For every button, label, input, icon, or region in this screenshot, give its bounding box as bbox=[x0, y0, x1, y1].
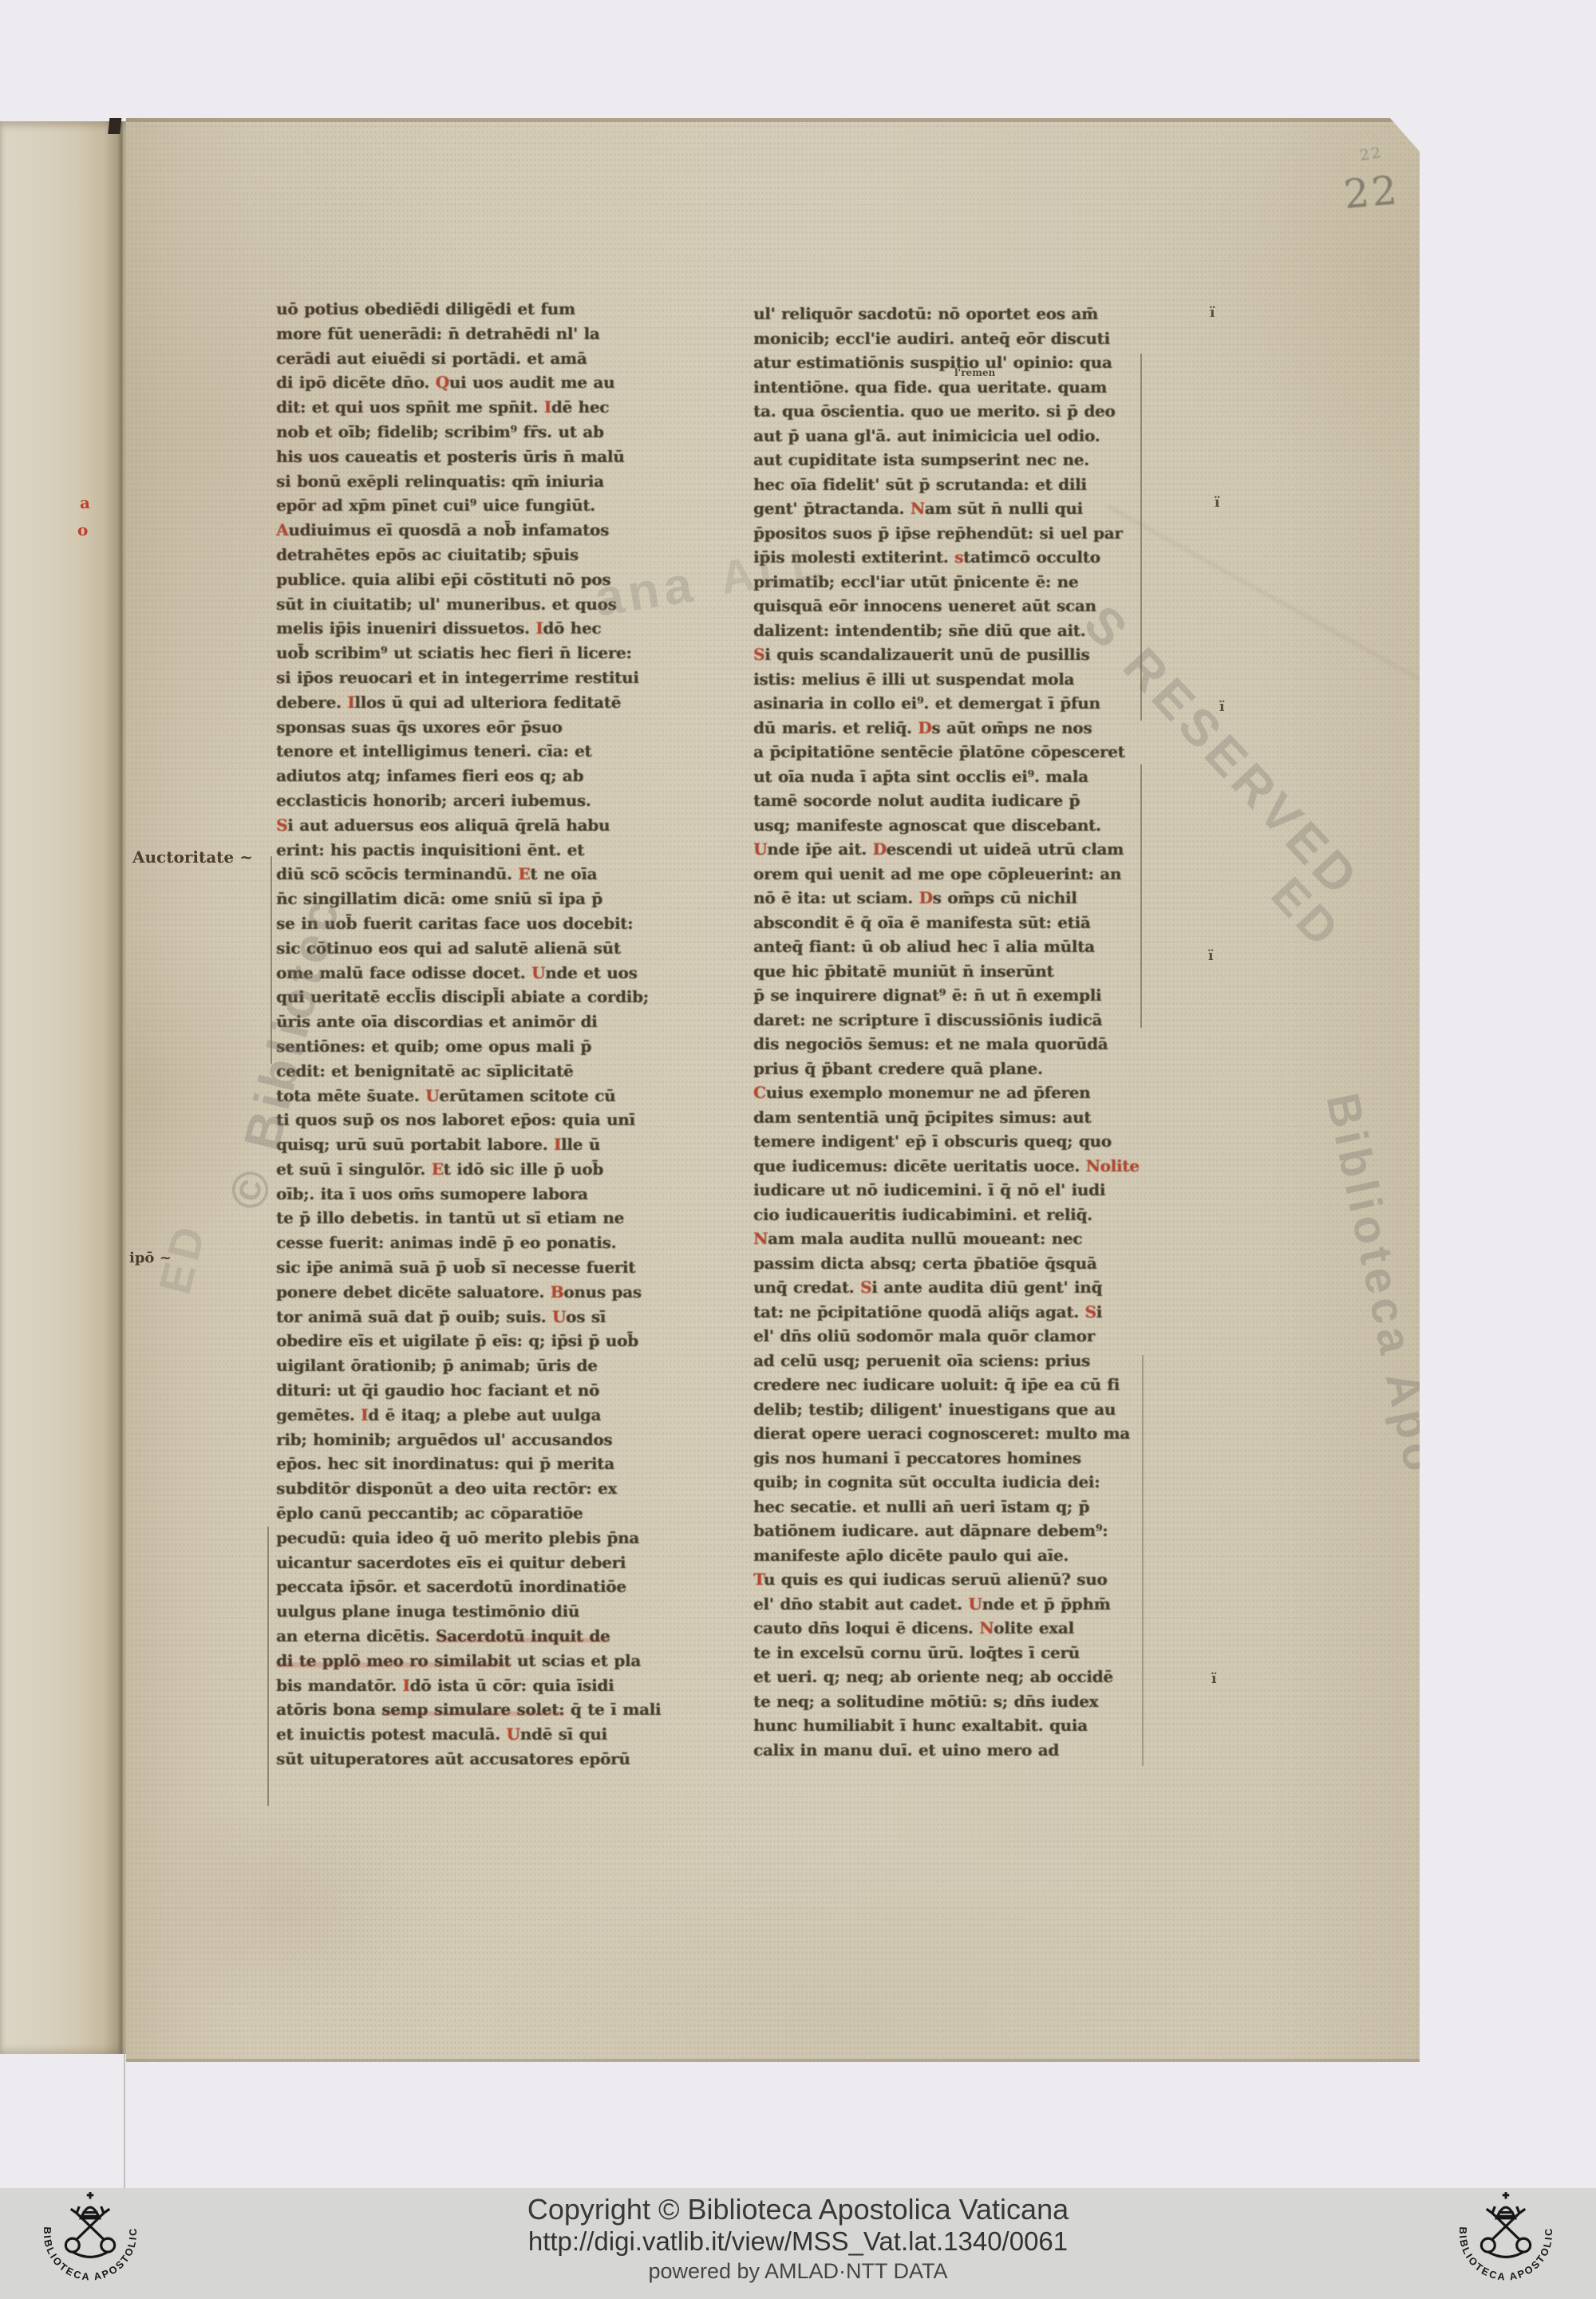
manuscript-line: sentiōnes: et quib; ome opus mali p̄ bbox=[276, 1034, 651, 1059]
manuscript-line: istis: melius ē illi ut suspendat mola bbox=[753, 667, 1156, 692]
manuscript-line: tenore et intelligimus teneri. cīa: et bbox=[276, 739, 651, 764]
manuscript-line: uicantur sacerdotes eīs ei quitur deberi bbox=[276, 1550, 651, 1575]
footer-copyright: Copyright © Biblioteca Apostolica Vatica… bbox=[0, 2193, 1596, 2226]
manuscript-line: batiōnem iudicare. aut dāpnare debem⁹: bbox=[753, 1519, 1156, 1543]
manuscript-line: nob et oīb; fidelib; scribim⁹ fr̄s. ut a… bbox=[276, 420, 651, 444]
manuscript-line: Si aut aduersus eos aliquā q̄relā habu bbox=[276, 813, 651, 838]
manuscript-line: prius q̄ p̄bant credere quā plane. bbox=[753, 1057, 1156, 1081]
manuscript-line: te in excelsū cornu ūrū. loq̄tes ī cerū bbox=[753, 1641, 1156, 1665]
manuscript-line: ome malū face odisse docet. Unde et uos bbox=[276, 961, 651, 986]
manuscript-line: subditōr disponūt a deo uita rectōr: ex bbox=[276, 1476, 651, 1501]
svg-text:BIBLIOTECA APOSTOLICA VATICANA: BIBLIOTECA APOSTOLICA VATICANA bbox=[30, 2191, 139, 2283]
manuscript-line: atōris bona semp simulare solet: q̄ te ī… bbox=[276, 1697, 651, 1722]
manuscript-line: detrahētes epōs ac ciuitatib; sp̄uis bbox=[276, 543, 651, 567]
vatican-emblem-left-text: BIBLIOTECA APOSTOLICA VATICANA bbox=[30, 2191, 139, 2283]
manuscript-line: sūt in ciuitatib; ul' muneribus. et quos bbox=[276, 592, 651, 617]
manuscript-line: hunc humiliabit ī hunc exaltabit. quia bbox=[753, 1713, 1156, 1738]
manuscript-line: diū scō scōcis terminandū. Et ne oīa bbox=[276, 862, 651, 887]
manuscript-line: iudicare ut nō iudicemini. ī q̄ nō el' i… bbox=[753, 1178, 1156, 1203]
manuscript-line: dit: et qui uos spn̄it me spn̄it. Idē he… bbox=[276, 395, 651, 420]
vatican-emblem-right-text: BIBLIOTECA APOSTOLICA VATICANA bbox=[1446, 2191, 1555, 2283]
vatican-emblem-right: BIBLIOTECA APOSTOLICA VATICANA bbox=[1446, 2191, 1566, 2297]
manuscript-line: et suū ī singulōr. Et idō sic ille p̄ uo… bbox=[276, 1157, 651, 1182]
manuscript-line: more fūt uenerādi: n̄ detrahēdi nl' la bbox=[276, 322, 651, 346]
manuscript-line: Audiuimus eī quosdā a nob̄ infamatos bbox=[276, 518, 651, 543]
manuscript-line: bis mandatōr. Idō ista ū cōr: quia īsidi bbox=[276, 1673, 651, 1698]
footer-bar: Copyright © Biblioteca Apostolica Vatica… bbox=[0, 2188, 1596, 2299]
manuscript-line: debere. Illos ū qui ad ulteriora feditat… bbox=[276, 690, 651, 715]
manuscript-line: quisq; urū suū portabit labore. Ille ū bbox=[276, 1132, 651, 1157]
edge-rubric-mark: o bbox=[77, 520, 88, 539]
manuscript-line: sic cōtinuo eos qui ad salutē alienā sūt bbox=[276, 936, 651, 961]
manuscript-line: que hic p̄bitatē muniūt n̄ inserūnt bbox=[753, 959, 1156, 984]
manuscript-line: si bonū exēpli relinquatis: qm̄ iniuria bbox=[276, 469, 651, 494]
manuscript-line: el' dn̄s oliū sodomōr mala quōr clamor bbox=[753, 1324, 1156, 1349]
manuscript-line: orem qui uenit ad me ope cōpleuerint: an bbox=[753, 862, 1156, 887]
manuscript-line: tamē socorde nolut audita iudicare p̄ bbox=[753, 788, 1156, 813]
margin-tick: ï bbox=[1210, 305, 1215, 321]
manuscript-line: primatib; eccl'iar utūt p̄nicente ē: ne bbox=[753, 570, 1156, 595]
manuscript-line: dalizent: intendentib; sn̄e diū que ait. bbox=[753, 618, 1156, 643]
manuscript-line: dis negociōs s̄emus: et ne mala quorūdā bbox=[753, 1032, 1156, 1057]
margin-tick: ï bbox=[1211, 1671, 1216, 1687]
manuscript-line: uulgus plane inuga testimōnio diū bbox=[276, 1599, 651, 1624]
manuscript-line: di te pplō meo ro similabit ut scias et … bbox=[276, 1649, 651, 1673]
column-ruling bbox=[267, 1527, 269, 1806]
manuscript-line: passim dicta absq; certa p̄batiōe q̄squā bbox=[753, 1251, 1156, 1276]
manuscript-line: dam sententiā unq̄ p̄cipites simus: aut bbox=[753, 1105, 1156, 1130]
manuscript-line: erint: his pactis inquisitioni ēnt. et bbox=[276, 838, 651, 863]
manuscript-line: que iudicemus: dicēte ueritatis uoce. No… bbox=[753, 1154, 1156, 1179]
manuscript-line: el' dn̄o stabit aut cadet. Unde et p̄ p̄… bbox=[753, 1592, 1156, 1617]
manuscript-line: peccata ip̄sōr. et sacerdotū inordinatiō… bbox=[276, 1574, 651, 1599]
manuscript-line: aut cupiditate ista sumpserint nec ne. bbox=[753, 448, 1156, 472]
manuscript-line: Tu quis es qui iudicas seruū alienū? suo bbox=[753, 1567, 1156, 1592]
manuscript-line: unq̄ credat. Si ante audita diū gent' in… bbox=[753, 1275, 1156, 1300]
manuscript-line: intentiōne. qua fide. qua ueritate. quam bbox=[753, 375, 1156, 400]
manuscript-line: p̄positos suos p̄ ip̄se rep̄hendūt: si u… bbox=[753, 521, 1156, 546]
manuscript-line: ponere debet dicēte saluatore. Bonus pas bbox=[276, 1280, 651, 1305]
manuscript-line: aut p̄ uana gl'ā. aut inimicicia uel odi… bbox=[753, 424, 1156, 448]
manuscript-line: te neq; a solitudine mōtiū: s; dn̄s iude… bbox=[753, 1689, 1156, 1714]
manuscript-line: ep̄os. hec sit inordinatus: qui p̄ merit… bbox=[276, 1452, 651, 1476]
manuscript-line: uō potius obediēdi diligēdi et fum bbox=[276, 297, 651, 322]
manuscript-line: asinaria in collo ei⁹. et demergat ī p̄f… bbox=[753, 691, 1156, 716]
manuscript-line: oīb;. ita ī uos om̄s sumopere labora bbox=[276, 1182, 651, 1207]
manuscript-line: calix in manu duī. et uino mero ad bbox=[753, 1738, 1156, 1763]
manuscript-line: his uos caueatis et posteris ūris n̄ mal… bbox=[276, 444, 651, 469]
manuscript-line: manifeste ap̄lo dicēte paulo qui aīe. bbox=[753, 1543, 1156, 1568]
manuscript-line: dū maris. et reliq̄. Ds aūt om̄ps ne nos bbox=[753, 716, 1156, 741]
manuscript-line: an eterna dicētis. Sacerdotū inquit de bbox=[276, 1624, 651, 1649]
manuscript-line: quisquā eōr innocens ueneret aūt scan bbox=[753, 594, 1156, 618]
manuscript-line: ti quos sup̄ os nos laboret ep̄os: quia … bbox=[276, 1108, 651, 1132]
manuscript-line: si ip̄os reuocari et in integerrime rest… bbox=[276, 666, 651, 690]
manuscript-line: ēplo canū peccantib; ac cōparatiōe bbox=[276, 1501, 651, 1526]
folio-number-large: 22 bbox=[1342, 167, 1401, 218]
manuscript-line: gemētes. Id ē itaq; a plebe aut uulga bbox=[276, 1403, 651, 1428]
column-ruling bbox=[271, 856, 272, 1064]
book-fore-edge-strip bbox=[0, 121, 126, 2054]
manuscript-line: cio iudicaueritis iudicabimini. et reliq… bbox=[753, 1203, 1156, 1227]
manuscript-line: Cuius exemplo monemur ne ad p̄feren bbox=[753, 1080, 1156, 1105]
manuscript-line: ip̄is molesti extiterint. statimcō occul… bbox=[753, 545, 1156, 570]
manuscript-line: daret: ne scripture ī discussiōnis iudic… bbox=[753, 1008, 1156, 1033]
manuscript-line: adiutos atq; infames fieri eos q; ab bbox=[276, 764, 651, 788]
manuscript-line: et inuictis potest maculā. Undē sī qui bbox=[276, 1722, 651, 1747]
manuscript-line: ut oīa nuda ī ap̄ta sint occlis ei⁹. mal… bbox=[753, 764, 1156, 789]
manuscript-line: rib; hominib; arguēdos ul' accusandos bbox=[276, 1428, 651, 1452]
manuscript-line: delib; testib; diligent' inuestigans que… bbox=[753, 1397, 1156, 1422]
manuscript-line: Unde ip̄e ait. Descendi ut uideā utrū cl… bbox=[753, 837, 1156, 862]
manuscript-line: Si quis scandalizauerit unū de pusillis bbox=[753, 642, 1156, 667]
manuscript-line: quib; in cognita sūt occulta iudicia dei… bbox=[753, 1470, 1156, 1495]
edge-rubric-mark: a bbox=[80, 493, 90, 512]
manuscript-line: et ueri. q; neq; ab oriente neq; ab occi… bbox=[753, 1665, 1156, 1689]
margin-note-ipso: ipō ~ bbox=[129, 1250, 172, 1266]
manuscript-line: cauto dn̄s loqui ē dicens. Nolite exal bbox=[753, 1616, 1156, 1641]
margin-tick: ï bbox=[1208, 948, 1213, 964]
manuscript-line: dituri: ut q̄i gaudio hoc faciant et nō bbox=[276, 1378, 651, 1403]
manuscript-line: nō ē ita: ut sciam. Ds om̄ps cū nichil bbox=[753, 886, 1156, 911]
margin-tick: ï bbox=[1219, 699, 1224, 715]
footer-powered-by: powered by AMLAD·NTT DATA bbox=[0, 2259, 1596, 2284]
manuscript-line: tota mēte s̄uate. Uerūtamen scitote cū bbox=[276, 1084, 651, 1108]
manuscript-line: publice. quia alibi ep̄i cōstituti nō po… bbox=[276, 567, 651, 592]
manuscript-line: te p̄ illo debetis. in tantū ut sī etiam… bbox=[276, 1206, 651, 1230]
manuscript-line: cesse fuerit: animas indē p̄ eo ponatis. bbox=[276, 1230, 651, 1255]
manuscript-line: monicib; eccl'ie audiri. anteq̄ eōr disc… bbox=[753, 326, 1156, 351]
manuscript-line: pecudū: quia ideo q̄ uō merito plebis p̄… bbox=[276, 1526, 651, 1550]
manuscript-line: ecclasticis honorib; arceri iubemus. bbox=[276, 788, 651, 813]
manuscript-line: ūris ante oīa discordias et animōr di bbox=[276, 1009, 651, 1034]
manuscript-line: credere nec iudicare uoluit: q̄ ip̄e ea … bbox=[753, 1373, 1156, 1397]
manuscript-line: ad celū usq; peruenit oīa sciens: prius bbox=[753, 1349, 1156, 1373]
manuscript-line: anteq̄ fiant: ū ob aliud hec ī alia mūlt… bbox=[753, 934, 1156, 959]
manuscript-line: sponsas suas q̄s uxores eōr p̄suo bbox=[276, 715, 651, 740]
manuscript-line: abscondit ē q̄ oīa ē manifesta sūt: etiā bbox=[753, 911, 1156, 935]
manuscript-line: uigilant ōrationib; p̄ animab; ūris de bbox=[276, 1353, 651, 1378]
manuscript-column-2: ul' reliquōr sacdotū: nō oportet eos am̄… bbox=[753, 302, 1156, 1762]
vatican-emblem-left: BIBLIOTECA APOSTOLICA VATICANA bbox=[30, 2191, 150, 2297]
manuscript-line: ta. qua ōscientia. quo ue merito. si p̄ … bbox=[753, 399, 1156, 424]
manuscript-line: gent' p̄tractanda. Nam sūt n̄ nulli qui bbox=[753, 496, 1156, 521]
manuscript-photo: uō potius obediēdi diligēdi et fummore f… bbox=[0, 118, 1420, 2062]
manuscript-line: melis ip̄is inueniri dissuetos. Idō hec bbox=[276, 616, 651, 641]
manuscript-line: hec secatie. et nulli an̄ ueri īstam q; … bbox=[753, 1495, 1156, 1519]
manuscript-line: hec oīa fidelit' sūt p̄ scrutanda: et di… bbox=[753, 472, 1156, 497]
interlinear-gloss: l'remen bbox=[954, 367, 995, 378]
manuscript-line: tor animā suā dat p̄ ouib; suis. Uos sī bbox=[276, 1305, 651, 1329]
manuscript-line: sic ip̄e animā suā p̄ uob̄ sī necesse fu… bbox=[276, 1255, 651, 1280]
manuscript-line: n̄c singillatim dicā: ome sniū sī ipa p̄ bbox=[276, 887, 651, 911]
manuscript-line: temere indigent' ep̄ ī obscuris queq; qu… bbox=[753, 1129, 1156, 1154]
manuscript-line: gis nos humani ī peccatores homines bbox=[753, 1446, 1156, 1471]
folio-number-small: 22 bbox=[1358, 144, 1383, 164]
margin-note-auctoritate: Auctoritate ~ bbox=[132, 847, 253, 867]
digitized-manuscript-viewer: uō potius obediēdi diligēdi et fummore f… bbox=[0, 0, 1596, 2299]
manuscript-line: Nam mala audita nullū moueant: nec bbox=[753, 1227, 1156, 1251]
background-seam bbox=[124, 2051, 125, 2190]
manuscript-line: dierat opere ueraci cognosceret: multo m… bbox=[753, 1421, 1156, 1446]
manuscript-line: p̄ se inquirere dignat⁹ ē: n̄ ut n̄ exem… bbox=[753, 983, 1156, 1008]
margin-tick: ï bbox=[1215, 495, 1219, 511]
manuscript-line: usq; manifeste agnoscat que discebant. bbox=[753, 813, 1156, 838]
manuscript-line: a p̄cipitatiōne sentēcie p̄latōne cōpesc… bbox=[753, 740, 1156, 764]
manuscript-line: cerādi aut eiuēdi si portādi. et amā bbox=[276, 346, 651, 371]
manuscript-column-1: uō potius obediēdi diligēdi et fummore f… bbox=[276, 297, 651, 1772]
manuscript-line: se in uob̄ fuerit caritas face uos doceb… bbox=[276, 911, 651, 936]
manuscript-line: qui ueritatē eccl̄is discipl̄i abiate a … bbox=[276, 985, 651, 1009]
manuscript-line: ul' reliquōr sacdotū: nō oportet eos am̄ bbox=[753, 302, 1156, 326]
manuscript-line: obedire eīs et uigilate p̄ eīs: q; ip̄si… bbox=[276, 1329, 651, 1353]
footer-url: http://digi.vatlib.it/view/MSS_Vat.lat.1… bbox=[0, 2226, 1596, 2257]
manuscript-line: tat: ne p̄cipitatiōne quodā aliq̄s agat.… bbox=[753, 1300, 1156, 1325]
manuscript-line: epōr ad xp̄m pīnet cui⁹ uice fungiūt. bbox=[276, 493, 651, 518]
manuscript-line: cedit: et benignitatē ac sīplicitatē bbox=[276, 1059, 651, 1084]
manuscript-line: sūt uituperatores aūt accusatores epōrū bbox=[276, 1747, 651, 1772]
svg-text:BIBLIOTECA APOSTOLICA VATICANA: BIBLIOTECA APOSTOLICA VATICANA bbox=[1446, 2191, 1555, 2283]
manuscript-line: uob̄ scribim⁹ ut sciatis hec fieri n̄ li… bbox=[276, 641, 651, 666]
manuscript-line: di ipō dicēte dn̄o. Qui uos audit me au bbox=[276, 370, 651, 395]
